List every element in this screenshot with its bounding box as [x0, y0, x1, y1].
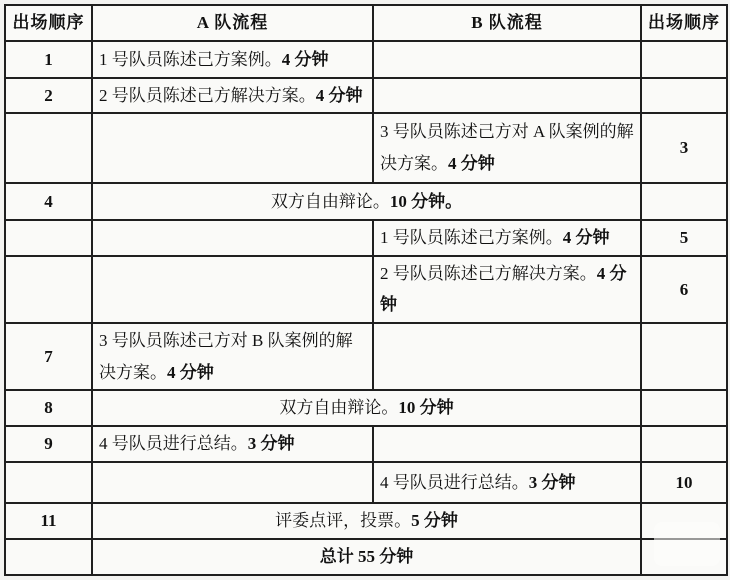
order-number: 9	[44, 434, 53, 453]
debate-schedule-table: 出场顺序 A 队流程 B 队流程 出场顺序 1 1 号队员陈述己方案例。4 分钟…	[4, 4, 728, 576]
step-text: 双方自由辩论。	[271, 192, 390, 211]
team-b-cell: 1 号队员陈述己方案例。4 分钟	[373, 220, 641, 256]
table-row: 4 双方自由辩论。10 分钟。	[5, 183, 727, 220]
order-number: 5	[680, 228, 689, 247]
step-duration: 4 分钟	[282, 50, 329, 69]
header-order-left: 出场顺序	[5, 5, 92, 41]
order-left-cell: 1	[5, 41, 92, 77]
order-left-cell: 2	[5, 78, 92, 114]
step-text: 3 号队员陈述己方对 B 队案例的解决方案。	[99, 331, 353, 381]
table-row: 2 2 号队员陈述己方解决方案。4 分钟	[5, 78, 727, 114]
merged-step-cell: 双方自由辩论。10 分钟。	[92, 183, 641, 220]
step-text: 2 号队员陈述己方解决方案。	[99, 86, 316, 105]
header-order-right: 出场顺序	[641, 5, 727, 41]
team-b-cell	[373, 426, 641, 462]
order-left-cell: 9	[5, 426, 92, 462]
order-right-cell	[641, 323, 727, 390]
step-duration: 10 分钟	[398, 398, 453, 417]
team-b-cell	[373, 78, 641, 114]
step-duration: 4 分钟	[167, 363, 214, 382]
order-number: 3	[680, 138, 689, 157]
team-a-cell	[92, 256, 373, 323]
order-right-cell: 3	[641, 113, 727, 182]
order-right-cell	[641, 78, 727, 114]
debate-schedule-page: 出场顺序 A 队流程 B 队流程 出场顺序 1 1 号队员陈述己方案例。4 分钟…	[0, 0, 730, 580]
team-b-cell	[373, 323, 641, 390]
step-text: 1 号队员陈述己方案例。	[99, 50, 282, 69]
table-row: 11 评委点评，投票。5 分钟	[5, 503, 727, 539]
merged-step-cell: 评委点评，投票。5 分钟	[92, 503, 641, 539]
table-row: 8 双方自由辩论。10 分钟	[5, 390, 727, 426]
table-row: 总计 55 分钟	[5, 539, 727, 575]
team-a-cell	[92, 462, 373, 503]
step-text: 2 号队员陈述己方解决方案。	[380, 264, 597, 283]
order-left-cell: 4	[5, 183, 92, 220]
order-left-cell	[5, 113, 92, 182]
step-duration: 3 分钟	[529, 473, 576, 492]
order-number: 2	[44, 86, 53, 105]
order-number: 4	[44, 192, 53, 211]
order-number: 7	[44, 347, 53, 366]
header-team-a: A 队流程	[92, 5, 373, 41]
step-text: 评委点评，投票。	[275, 511, 411, 530]
order-left-cell	[5, 539, 92, 575]
table-row: 1 号队员陈述己方案例。4 分钟 5	[5, 220, 727, 256]
order-left-cell	[5, 220, 92, 256]
step-duration: 5 分钟	[411, 511, 458, 530]
order-right-cell	[641, 503, 727, 539]
step-text: 4 号队员进行总结。	[99, 434, 248, 453]
order-number: 8	[44, 398, 53, 417]
table-row: 4 号队员进行总结。3 分钟 10	[5, 462, 727, 503]
order-right-cell	[641, 183, 727, 220]
order-left-cell: 11	[5, 503, 92, 539]
step-text: 1 号队员陈述己方案例。	[380, 228, 563, 247]
order-left-cell	[5, 256, 92, 323]
team-b-cell	[373, 41, 641, 77]
team-a-cell	[92, 113, 373, 182]
order-number: 10	[676, 473, 693, 492]
order-left-cell: 8	[5, 390, 92, 426]
step-text: 3 号队员陈述己方对 A 队案例的解决方案。	[380, 122, 634, 172]
step-duration: 4 分钟	[316, 86, 363, 105]
total-cell: 总计 55 分钟	[92, 539, 641, 575]
step-duration: 10 分钟。	[390, 192, 462, 211]
team-a-cell	[92, 220, 373, 256]
table-row: 3 号队员陈述己方对 A 队案例的解决方案。4 分钟 3	[5, 113, 727, 182]
header-team-b: B 队流程	[373, 5, 641, 41]
order-right-cell	[641, 390, 727, 426]
table-row: 1 1 号队员陈述己方案例。4 分钟	[5, 41, 727, 77]
table-row: 2 号队员陈述己方解决方案。4 分钟 6	[5, 256, 727, 323]
merged-step-cell: 双方自由辩论。10 分钟	[92, 390, 641, 426]
table-row: 9 4 号队员进行总结。3 分钟	[5, 426, 727, 462]
order-left-cell: 7	[5, 323, 92, 390]
step-duration: 4 分钟	[563, 228, 610, 247]
order-number: 11	[40, 511, 56, 530]
step-duration: 4 分钟	[448, 154, 495, 173]
order-right-cell: 5	[641, 220, 727, 256]
team-b-cell: 4 号队员进行总结。3 分钟	[373, 462, 641, 503]
order-right-cell: 10	[641, 462, 727, 503]
order-right-cell	[641, 539, 727, 575]
team-a-cell: 4 号队员进行总结。3 分钟	[92, 426, 373, 462]
team-a-cell: 3 号队员陈述己方对 B 队案例的解决方案。4 分钟	[92, 323, 373, 390]
order-right-cell: 6	[641, 256, 727, 323]
step-text: 4 号队员进行总结。	[380, 473, 529, 492]
table-row: 7 3 号队员陈述己方对 B 队案例的解决方案。4 分钟	[5, 323, 727, 390]
step-text: 双方自由辩论。	[279, 398, 398, 417]
team-a-cell: 1 号队员陈述己方案例。4 分钟	[92, 41, 373, 77]
order-right-cell	[641, 41, 727, 77]
header-row: 出场顺序 A 队流程 B 队流程 出场顺序	[5, 5, 727, 41]
team-a-cell: 2 号队员陈述己方解决方案。4 分钟	[92, 78, 373, 114]
order-right-cell	[641, 426, 727, 462]
order-number: 6	[680, 280, 689, 299]
team-b-cell: 3 号队员陈述己方对 A 队案例的解决方案。4 分钟	[373, 113, 641, 182]
step-duration: 3 分钟	[248, 434, 295, 453]
total-duration: 总计 55 分钟	[320, 547, 414, 566]
order-left-cell	[5, 462, 92, 503]
team-b-cell: 2 号队员陈述己方解决方案。4 分钟	[373, 256, 641, 323]
order-number: 1	[44, 50, 53, 69]
